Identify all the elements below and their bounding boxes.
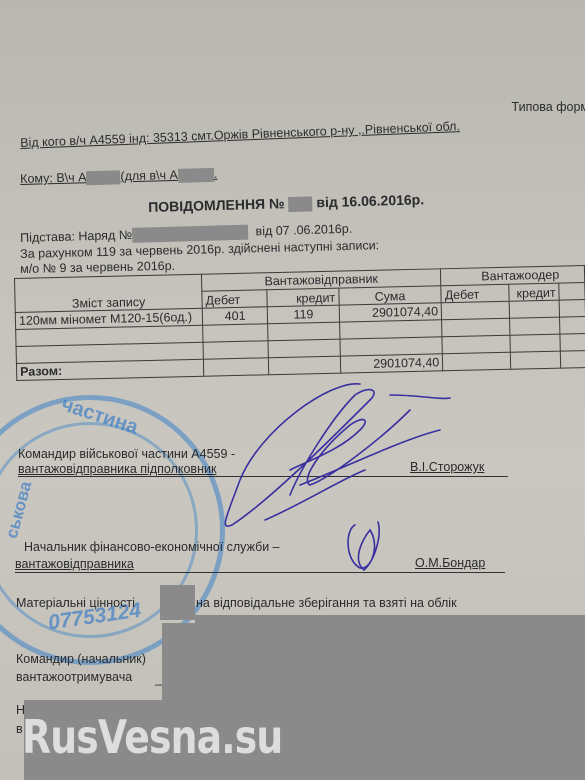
handwritten-signatures	[0, 0, 585, 780]
watermark: RusVesna.su	[22, 710, 282, 764]
